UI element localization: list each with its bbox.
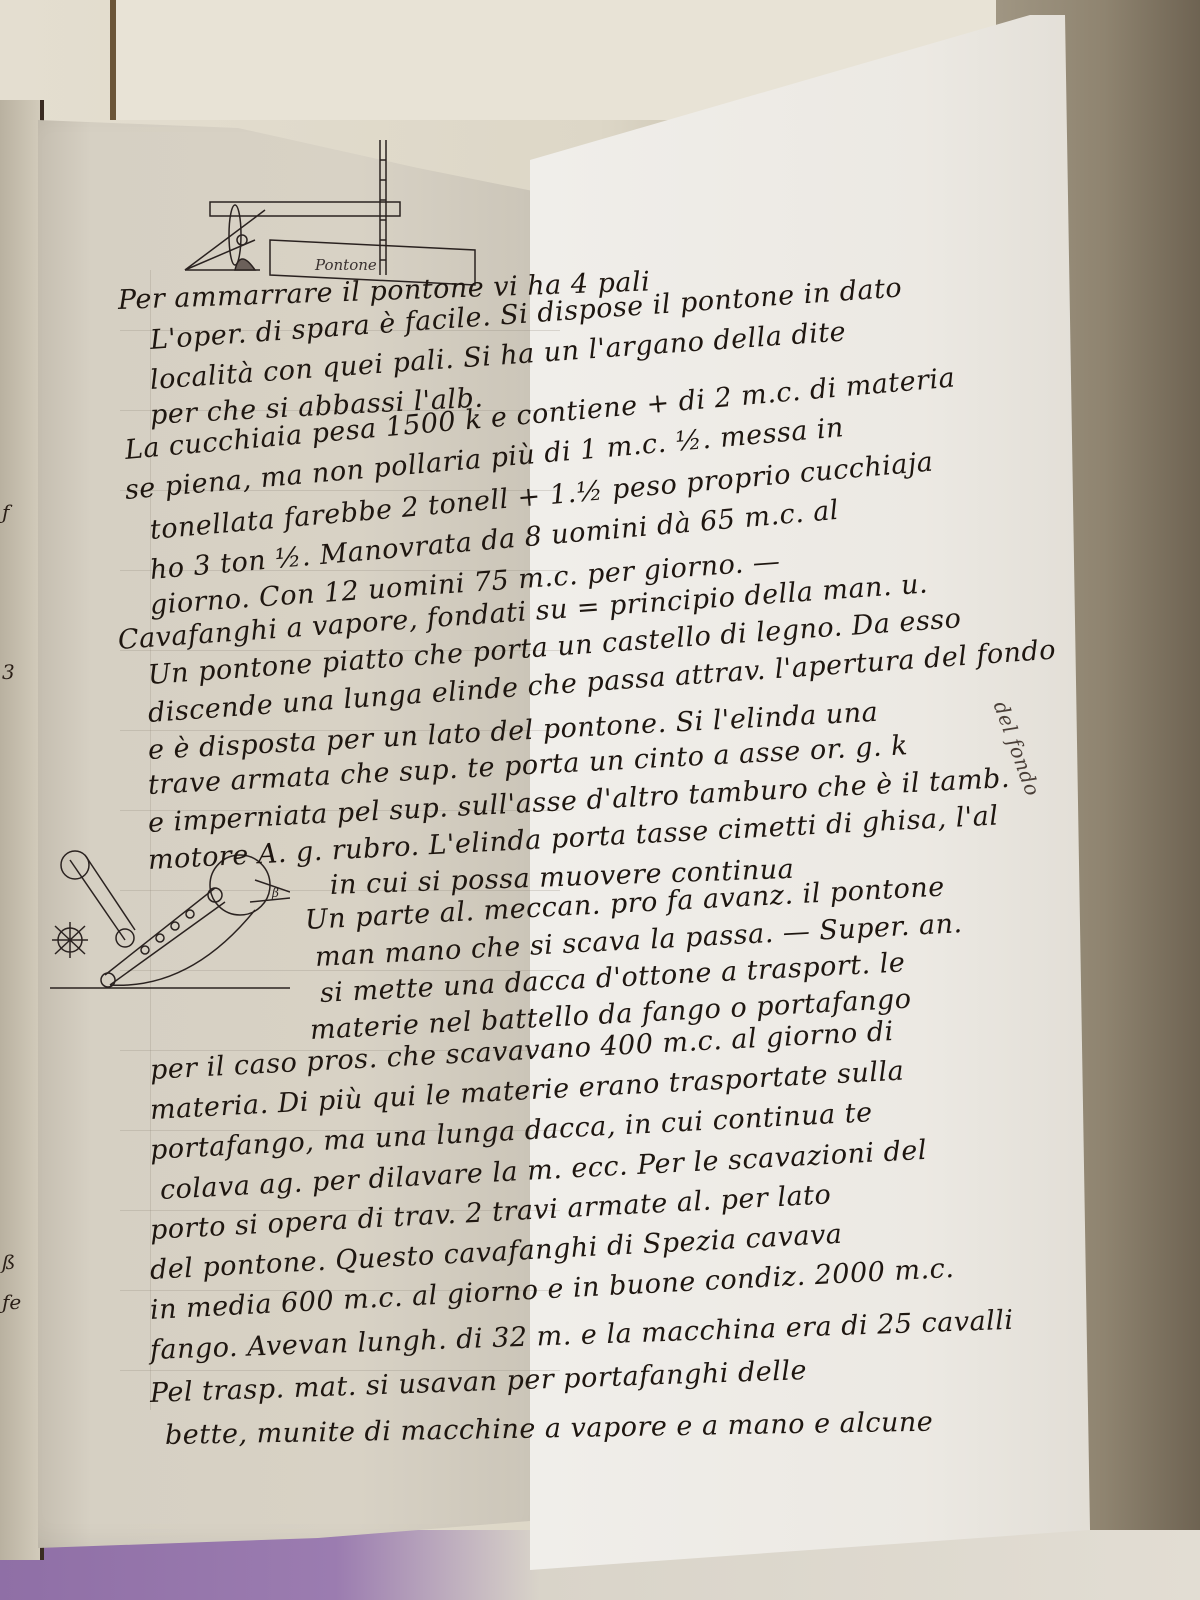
stack-fragment: ƒ: [2, 500, 9, 524]
pontoon-sketch: Pontone: [180, 140, 500, 290]
stack-fragment: ƒe: [2, 1290, 21, 1314]
previous-pages-stack: ƒ 3 ß ƒe: [0, 100, 44, 1560]
beta-label: β: [271, 886, 279, 900]
stack-fragment: ß: [2, 1250, 15, 1274]
stack-fragment: 3: [2, 660, 15, 684]
pontone-label: Pontone: [314, 256, 377, 274]
